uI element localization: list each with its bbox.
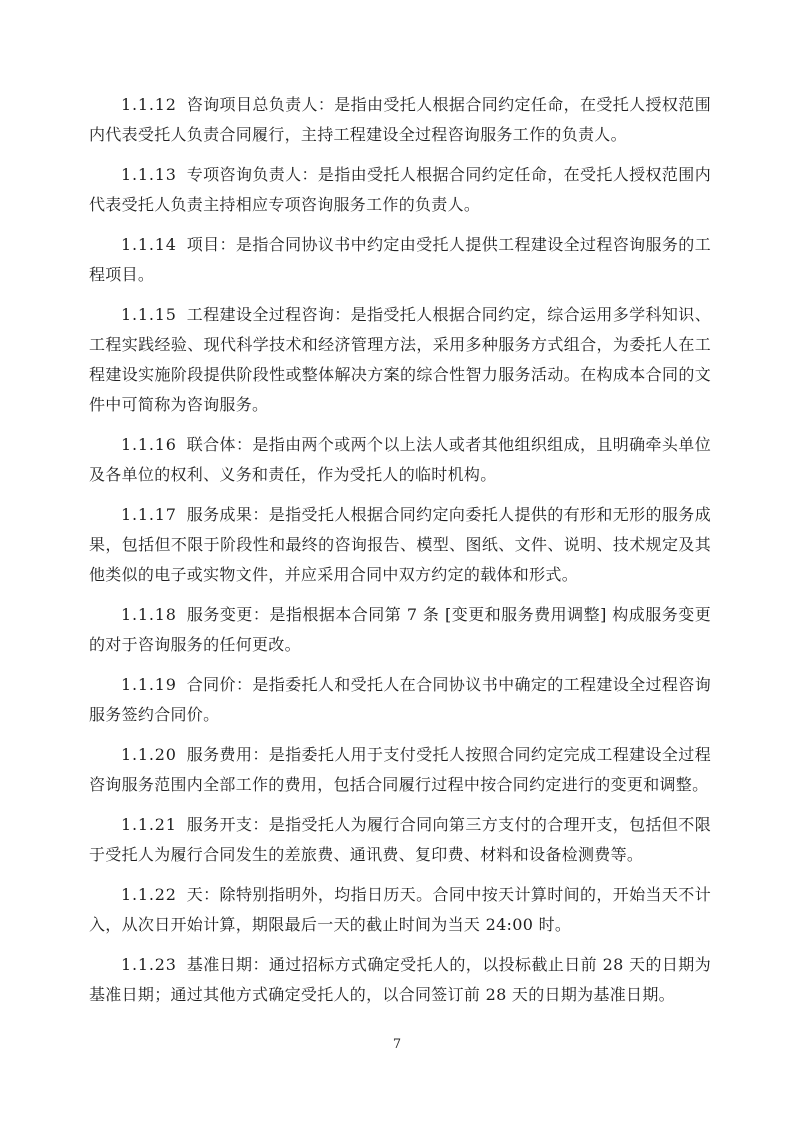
clause-number: 1.1.23 (121, 955, 177, 974)
clause-number: 1.1.14 (121, 235, 177, 254)
clause-number: 1.1.19 (121, 675, 177, 694)
clause-number: 1.1.22 (121, 885, 177, 904)
clause-1-1-12: 1.1.12咨询项目总负责人：是指由受托人根据合同约定任命，在受托人授权范围内代… (89, 90, 711, 150)
clause-number: 1.1.12 (121, 95, 177, 114)
clause-1-1-16: 1.1.16联合体：是指由两个或两个以上法人或者其他组织组成，且明确牵头单位及各… (89, 430, 711, 490)
clause-number: 1.1.18 (121, 605, 177, 624)
clause-number: 1.1.16 (121, 435, 177, 454)
clause-1-1-23: 1.1.23基准日期：通过招标方式确定受托人的，以投标截止日前 28 天的日期为… (89, 950, 711, 1010)
clause-text: 合同价：是指委托人和受托人在合同协议书中确定的工程建设全过程咨询服务签约合同价。 (89, 675, 711, 724)
clause-number: 1.1.21 (121, 815, 177, 834)
clause-text: 服务费用：是指委托人用于支付受托人按照合同约定完成工程建设全过程咨询服务范围内全… (89, 745, 711, 794)
clause-text: 工程建设全过程咨询：是指受托人根据合同约定，综合运用多学科知识、工程实践经验、现… (89, 305, 711, 414)
clause-text: 服务变更：是指根据本合同第 7 条 [变更和服务费用调整] 构成服务变更的对于咨… (89, 605, 711, 654)
document-body: 1.1.12咨询项目总负责人：是指由受托人根据合同约定任命，在受托人授权范围内代… (89, 90, 711, 1020)
document-page: 1.1.12咨询项目总负责人：是指由受托人根据合同约定任命，在受托人授权范围内代… (0, 0, 794, 1122)
clause-1-1-19: 1.1.19合同价：是指委托人和受托人在合同协议书中确定的工程建设全过程咨询服务… (89, 670, 711, 730)
clause-text: 基准日期：通过招标方式确定受托人的，以投标截止日前 28 天的日期为基准日期；通… (89, 955, 711, 1004)
clause-1-1-14: 1.1.14项目：是指合同协议书中约定由受托人提供工程建设全过程咨询服务的工程项… (89, 230, 711, 290)
clause-number: 1.1.13 (121, 165, 177, 184)
clause-1-1-21: 1.1.21服务开支：是指受托人为履行合同向第三方支付的合理开支，包括但不限于受… (89, 810, 711, 870)
clause-1-1-22: 1.1.22天：除特别指明外，均指日历天。合同中按天计算时间的，开始当天不计入，… (89, 880, 711, 940)
clause-text: 咨询项目总负责人：是指由受托人根据合同约定任命，在受托人授权范围内代表受托人负责… (89, 95, 711, 144)
clause-1-1-20: 1.1.20服务费用：是指委托人用于支付受托人按照合同约定完成工程建设全过程咨询… (89, 740, 711, 800)
clause-text: 联合体：是指由两个或两个以上法人或者其他组织组成，且明确牵头单位及各单位的权利、… (89, 435, 711, 484)
clause-text: 专项咨询负责人：是指由受托人根据合同约定任命，在受托人授权范围内代表受托人负责主… (89, 165, 711, 214)
clause-number: 1.1.20 (121, 745, 177, 764)
clause-text: 服务开支：是指受托人为履行合同向第三方支付的合理开支，包括但不限于受托人为履行合… (89, 815, 711, 864)
clause-1-1-13: 1.1.13专项咨询负责人：是指由受托人根据合同约定任命，在受托人授权范围内代表… (89, 160, 711, 220)
clause-1-1-18: 1.1.18服务变更：是指根据本合同第 7 条 [变更和服务费用调整] 构成服务… (89, 600, 711, 660)
clause-text: 天：除特别指明外，均指日历天。合同中按天计算时间的，开始当天不计入，从次日开始计… (89, 885, 711, 934)
clause-text: 服务成果：是指受托人根据合同约定向委托人提供的有形和无形的服务成果，包括但不限于… (89, 505, 711, 584)
clause-1-1-15: 1.1.15工程建设全过程咨询：是指受托人根据合同约定，综合运用多学科知识、工程… (89, 300, 711, 420)
page-number: 7 (0, 1037, 794, 1052)
clause-1-1-17: 1.1.17服务成果：是指受托人根据合同约定向委托人提供的有形和无形的服务成果，… (89, 500, 711, 590)
clause-number: 1.1.15 (121, 305, 177, 324)
clause-text: 项目：是指合同协议书中约定由受托人提供工程建设全过程咨询服务的工程项目。 (89, 235, 711, 284)
clause-number: 1.1.17 (121, 505, 177, 524)
